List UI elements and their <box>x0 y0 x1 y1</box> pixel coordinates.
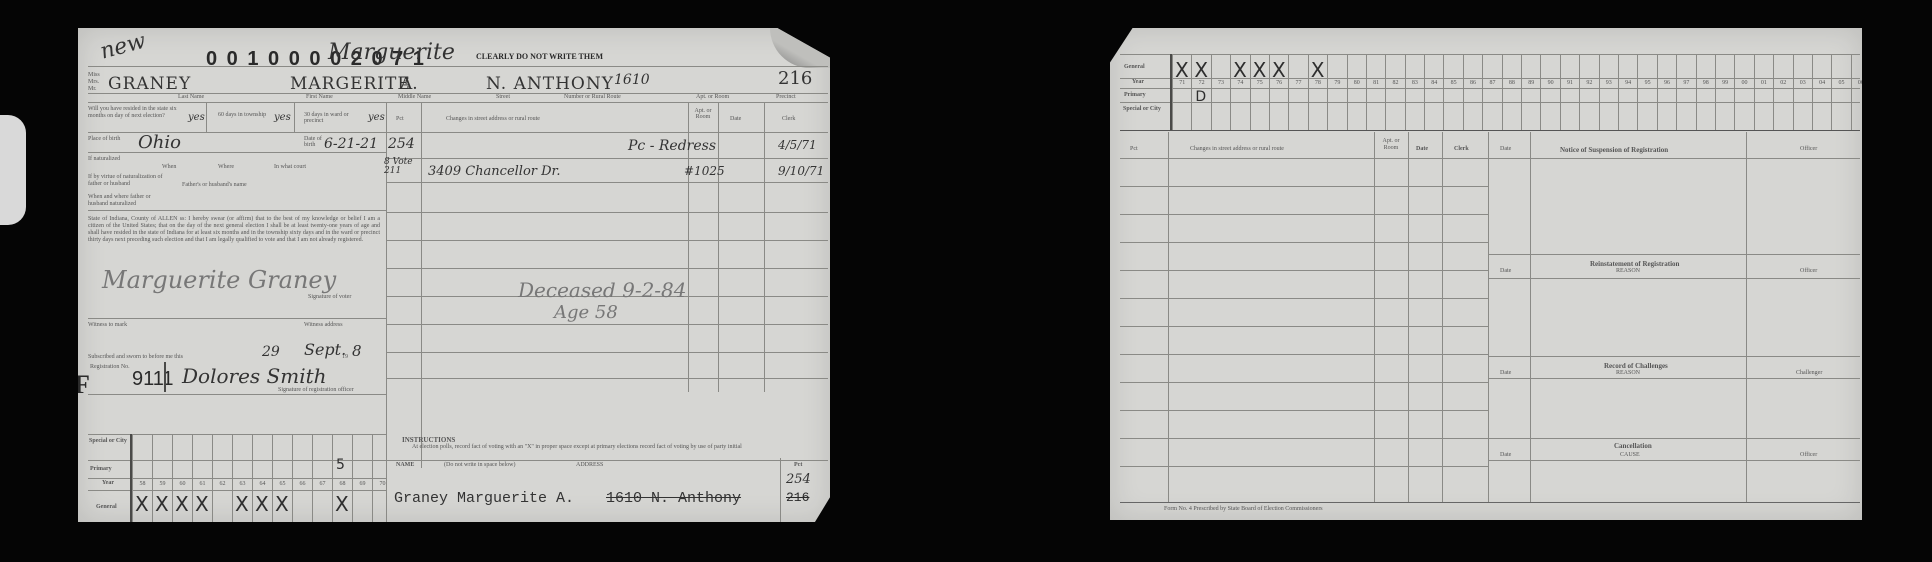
grid-label-general: General <box>96 504 117 510</box>
registration-card-back: General Year Primary Special or City 71X… <box>1110 28 1862 520</box>
reinstatement-reason-header: REASON <box>1616 268 1640 274</box>
grid-label-special: Special or City <box>88 438 128 445</box>
vote-column: 75X <box>1250 54 1269 130</box>
table-row-rule <box>1120 382 1488 383</box>
vote-column: 93 <box>1599 54 1618 130</box>
year-label: 85 <box>1444 80 1462 86</box>
section-rule <box>1488 438 1860 439</box>
year-label: 97 <box>1677 80 1695 86</box>
year-label: 86 <box>1464 80 1482 86</box>
section-rule <box>1488 460 1860 461</box>
vote-column: 61X <box>192 434 212 522</box>
grid-label-year: Year <box>102 480 114 486</box>
vote-column: 95 <box>1637 54 1656 130</box>
changes-header: Changes in street address or rural route <box>446 116 540 122</box>
form-footer: Form No. 4 Prescribed by State Board of … <box>1164 506 1323 512</box>
vote-column: 80 <box>1347 54 1366 130</box>
vote-column: 03 <box>1793 54 1812 130</box>
suspension-officer-header: Officer <box>1800 146 1817 152</box>
apt-header: Apt. or Room <box>1376 138 1406 152</box>
general-vote-mark: X <box>175 494 189 514</box>
table-row-rule <box>1120 158 1488 159</box>
title-mrs-label: Mrs. <box>88 79 100 86</box>
vote-column: 91 <box>1560 54 1579 130</box>
general-vote-mark: X <box>135 494 149 514</box>
table-row-rule <box>1120 270 1488 271</box>
year-label: 01 <box>1755 80 1773 86</box>
change-row-1-pct: 254 <box>388 136 415 152</box>
year-label: 84 <box>1425 80 1443 86</box>
pct-header: Pct <box>1130 146 1138 152</box>
year-label: 61 <box>193 481 212 487</box>
typed-address: 1610 N. Anthony <box>606 490 741 507</box>
vote-column: 96 <box>1657 54 1676 130</box>
vote-column: 94 <box>1618 54 1637 130</box>
date-header: Date <box>730 116 741 122</box>
vote-column: 67 <box>312 434 332 522</box>
year-label: 65 <box>273 481 292 487</box>
year-label: 63 <box>233 481 252 487</box>
registration-card-front: new 0 0 1 0 0 0 0 2 0 7 1 Marguerite CLE… <box>78 28 830 522</box>
section-rule <box>1488 356 1860 357</box>
grid-label-general: General <box>1124 64 1145 70</box>
vote-column: 84 <box>1424 54 1443 130</box>
right-vote-grid: 71X72XD7374X75X76X7778X79808182838485868… <box>1172 54 1889 130</box>
residency-ward-question: 30 days in ward or precinct <box>304 112 364 124</box>
year-label: 82 <box>1386 80 1404 86</box>
residency-township-question: 60 days in township <box>218 112 268 118</box>
year-label: 66 <box>293 481 312 487</box>
change-row-2-apt: #1025 <box>684 164 725 178</box>
left-vote-grid: 58X59X60X61X6263X64X65X666768X56970 <box>132 434 392 522</box>
first-name-label: First Name <box>306 94 333 100</box>
folded-corner <box>770 28 830 68</box>
vote-column: 06 <box>1851 54 1870 130</box>
year-label: 95 <box>1638 80 1656 86</box>
general-vote-mark: X <box>235 494 249 514</box>
general-vote-mark: X <box>335 494 349 514</box>
first-name-value: MARGERITE <box>290 74 411 94</box>
table-row-rule <box>1120 214 1488 215</box>
year-label: 94 <box>1619 80 1637 86</box>
year-label: 68 <box>333 481 352 487</box>
street-label: Street <box>496 94 510 100</box>
vote-column: 59X <box>152 434 172 522</box>
subscribed-month: Sept. <box>304 340 346 359</box>
vote-column: 58X <box>132 434 152 522</box>
year-label: 98 <box>1697 80 1715 86</box>
vote-column: 65X <box>272 434 292 522</box>
year-label: 03 <box>1794 80 1812 86</box>
precinct-label: Precinct <box>776 94 796 100</box>
vote-column: 01 <box>1754 54 1773 130</box>
naturalized-when-label: When <box>162 164 176 170</box>
reinstatement-officer-header: Officer <box>1800 268 1817 274</box>
residency-state-question: Will you have resided in the state six m… <box>88 106 178 120</box>
vote-column: 71X <box>1172 54 1191 130</box>
year-label: 87 <box>1483 80 1501 86</box>
number-label: Number or Rural Route <box>564 94 621 100</box>
year-label: 69 <box>353 481 372 487</box>
table-row-rule <box>1120 410 1488 411</box>
change-row-1-address: Pc - Redress <box>628 138 716 154</box>
year-label: 05 <box>1832 80 1850 86</box>
year-label: 59 <box>153 481 172 487</box>
street-number-value: 1610 <box>614 72 650 88</box>
table-row-rule <box>1120 298 1488 299</box>
year-label: 96 <box>1658 80 1676 86</box>
clerk-header: Clerk <box>782 116 795 122</box>
officer-signature: Dolores Smith <box>182 364 327 388</box>
change-row-2-pct: 8 Vote 211 <box>384 158 418 176</box>
reinstatement-title: Reinstatement of Registration <box>1590 260 1679 268</box>
apt-header: Apt. or Room <box>690 108 716 120</box>
challenges-reason-header: REASON <box>1616 370 1640 376</box>
section-rule <box>1488 378 1860 379</box>
grid-label-year: Year <box>1132 79 1144 85</box>
general-vote-mark: X <box>1253 60 1267 80</box>
instructions-title: INSTRUCTIONS <box>402 436 455 444</box>
registration-label: Registration No. <box>90 364 130 370</box>
naturalized-where-label: Where <box>218 164 234 170</box>
vote-column: 68X5 <box>332 434 352 522</box>
vote-column: 69 <box>352 434 372 522</box>
year-label: 99 <box>1716 80 1734 86</box>
instructions-address-label: ADDRESS <box>576 462 603 468</box>
section-rule <box>1488 278 1860 279</box>
officer-signature-label: Signature of registration officer <box>278 387 354 393</box>
year-label: 00 <box>1735 80 1753 86</box>
primary-vote-mark: 5 <box>336 458 345 472</box>
suspension-title: Notice of Suspension of Registration <box>1560 146 1668 154</box>
clerk-header: Clerk <box>1454 146 1469 152</box>
year-label: 83 <box>1406 80 1424 86</box>
challenges-date-header: Date <box>1500 370 1511 376</box>
vote-column: 66 <box>292 434 312 522</box>
instructions-text: At election polls, record fact of voting… <box>412 444 792 451</box>
primary-vote-mark: D <box>1195 90 1206 104</box>
grid-label-primary: Primary <box>1124 92 1146 98</box>
change-row-1-clerk: 4/5/71 <box>778 138 817 152</box>
vote-column: 73 <box>1211 54 1230 130</box>
year-label: 80 <box>1348 80 1366 86</box>
vote-column: 97 <box>1676 54 1695 130</box>
general-vote-mark: X <box>155 494 169 514</box>
year-label: 02 <box>1774 80 1792 86</box>
pct-header: Pct <box>396 116 404 122</box>
year-label: 93 <box>1600 80 1618 86</box>
challenges-title: Record of Challenges <box>1604 362 1668 370</box>
general-vote-mark: X <box>1175 60 1189 80</box>
vote-column: 90 <box>1540 54 1559 130</box>
year-label: 79 <box>1328 80 1346 86</box>
vote-column: 60X <box>172 434 192 522</box>
grid-label-special: Special or City <box>1120 106 1164 113</box>
general-vote-mark: X <box>1194 60 1208 80</box>
vote-column: 86 <box>1463 54 1482 130</box>
registration-number: 9111 <box>132 368 174 391</box>
age-note: Age 58 <box>554 302 618 323</box>
witness-mark-label: Witness to mark <box>88 322 127 328</box>
vote-column: 83 <box>1405 54 1424 130</box>
cancellation-cause-header: CAUSE <box>1620 452 1640 458</box>
general-vote-mark: X <box>255 494 269 514</box>
general-vote-mark: X <box>1233 60 1247 80</box>
vote-column: 05 <box>1831 54 1850 130</box>
serial-overwrite: Marguerite <box>328 40 455 65</box>
table-row-rule <box>1120 354 1488 355</box>
year-label: 07 <box>1871 80 1889 86</box>
vote-column: 02 <box>1773 54 1792 130</box>
year-label: 90 <box>1541 80 1559 86</box>
scanner-edge-artifact <box>0 115 26 225</box>
typed-pct-old: 216 <box>786 490 809 505</box>
year-label: 89 <box>1522 80 1540 86</box>
year-label: 06 <box>1852 80 1870 86</box>
year-label: 58 <box>133 481 152 487</box>
witness-address-label: Witness address <box>304 322 343 328</box>
instructions-pct-label: Pct <box>794 462 802 468</box>
rule <box>88 66 828 67</box>
vote-column: 76X <box>1269 54 1288 130</box>
vote-column: 63X <box>232 434 252 522</box>
title-mr-label: Mr. <box>88 86 100 93</box>
cancellation-title: Cancellation <box>1614 442 1652 450</box>
cancellation-officer-header: Officer <box>1800 452 1817 458</box>
by-marriage-label: If by virtue of naturalization of father… <box>88 174 168 188</box>
naturalized-court-label: In what court <box>274 164 306 170</box>
section-rule <box>1488 158 1860 159</box>
year-label: 88 <box>1503 80 1521 86</box>
year-label: 92 <box>1580 80 1598 86</box>
vote-column: 62 <box>212 434 232 522</box>
middle-name-value: A. <box>400 74 418 94</box>
date-header: Date <box>1416 146 1428 152</box>
vote-column: 78X <box>1308 54 1327 130</box>
subscribed-year-prefix: 19 <box>342 354 348 360</box>
vote-column: 74X <box>1230 54 1249 130</box>
residency-state-answer: yes <box>188 112 205 123</box>
voter-signature-label: Signature of voter <box>308 294 351 300</box>
cancellation-date-header: Date <box>1500 452 1511 458</box>
vote-column: 00 <box>1734 54 1753 130</box>
apt-label: Apt. or Room <box>696 94 729 100</box>
vote-column: 64X <box>252 434 272 522</box>
year-label: 64 <box>253 481 272 487</box>
date-of-birth-value: 6-21-21 <box>324 136 378 152</box>
general-vote-mark: X <box>275 494 289 514</box>
year-label: 60 <box>173 481 192 487</box>
grid-label-primary: Primary <box>90 466 112 472</box>
reinstatement-date-header: Date <box>1500 268 1511 274</box>
husband-name-label: Father's or husband's name <box>182 182 247 188</box>
corner-note: new <box>98 28 149 64</box>
deceased-note: Deceased 9-2-84 <box>518 278 687 302</box>
vote-column: 07 <box>1870 54 1889 130</box>
year-label: 67 <box>313 481 332 487</box>
change-row-2-clerk: 9/10/71 <box>778 164 824 178</box>
general-vote-mark: X <box>195 494 209 514</box>
header-instruction: CLEARLY DO NOT WRITE THEM <box>476 52 603 61</box>
general-vote-mark: X <box>1272 60 1286 80</box>
last-name-label: Last Name <box>178 94 204 100</box>
typed-name: Graney Marguerite A. <box>394 490 574 507</box>
place-of-birth-label: Place of birth <box>88 136 124 142</box>
vote-column: 82 <box>1385 54 1404 130</box>
year-label: 70 <box>373 481 392 487</box>
table-row-rule <box>1120 326 1488 327</box>
middle-name-label: Middle Name <box>398 94 431 100</box>
year-label: 62 <box>213 481 232 487</box>
precinct-value: 216 <box>778 68 812 89</box>
table-row-rule <box>1120 438 1488 439</box>
changes-header: Changes in street address or rural route <box>1190 146 1284 152</box>
vote-column: 98 <box>1696 54 1715 130</box>
last-name-value: GRANEY <box>108 74 191 94</box>
oath-text: State of Indiana, County of ALLEN ss: I … <box>88 216 380 244</box>
subscribed-text: Subscribed and sworn to before me this <box>88 354 183 360</box>
general-vote-mark: X <box>1311 60 1325 80</box>
voter-signature: Marguerite Graney <box>102 266 336 294</box>
vote-column: 72XD <box>1191 54 1210 130</box>
title-miss-label: Miss <box>88 72 100 79</box>
residency-township-answer: yes <box>274 112 291 123</box>
vote-column: 04 <box>1812 54 1831 130</box>
father-naturalized-label: When and where father or husband natural… <box>88 194 168 208</box>
vote-column: 99 <box>1715 54 1734 130</box>
year-label: 73 <box>1212 80 1230 86</box>
table-row-rule <box>1120 466 1488 467</box>
table-row-rule <box>1120 242 1488 243</box>
vote-column: 89 <box>1521 54 1540 130</box>
section-rule <box>1488 254 1860 255</box>
challenges-challenger-header: Challenger <box>1796 370 1822 376</box>
vote-column: 70 <box>372 434 392 522</box>
year-label: 77 <box>1289 80 1307 86</box>
change-row-2-address: 3409 Chancellor Dr. <box>428 164 560 179</box>
form-letter: F <box>74 370 90 400</box>
year-label: 81 <box>1367 80 1385 86</box>
subscribed-day: 29 <box>262 344 280 360</box>
year-label: 91 <box>1561 80 1579 86</box>
subscribed-year: 8 <box>352 342 362 360</box>
vote-column: 85 <box>1443 54 1462 130</box>
vote-column: 92 <box>1579 54 1598 130</box>
residency-ward-answer: yes <box>368 112 385 123</box>
instructions-name-label: NAME <box>396 462 414 468</box>
vote-column: 87 <box>1482 54 1501 130</box>
vote-column: 81 <box>1366 54 1385 130</box>
place-of-birth-value: Ohio <box>138 132 181 153</box>
vote-column: 79 <box>1327 54 1346 130</box>
vote-column: 77 <box>1288 54 1307 130</box>
typed-pct-new: 254 <box>786 472 811 487</box>
vote-column: 88 <box>1502 54 1521 130</box>
suspension-date-header: Date <box>1500 146 1511 152</box>
table-row-rule <box>1120 186 1488 187</box>
year-label: 04 <box>1813 80 1831 86</box>
street-value: N. ANTHONY <box>486 74 614 94</box>
instructions-no-write-label: (Do not write in space below) <box>444 462 515 468</box>
naturalized-label: If naturalized <box>88 156 120 162</box>
